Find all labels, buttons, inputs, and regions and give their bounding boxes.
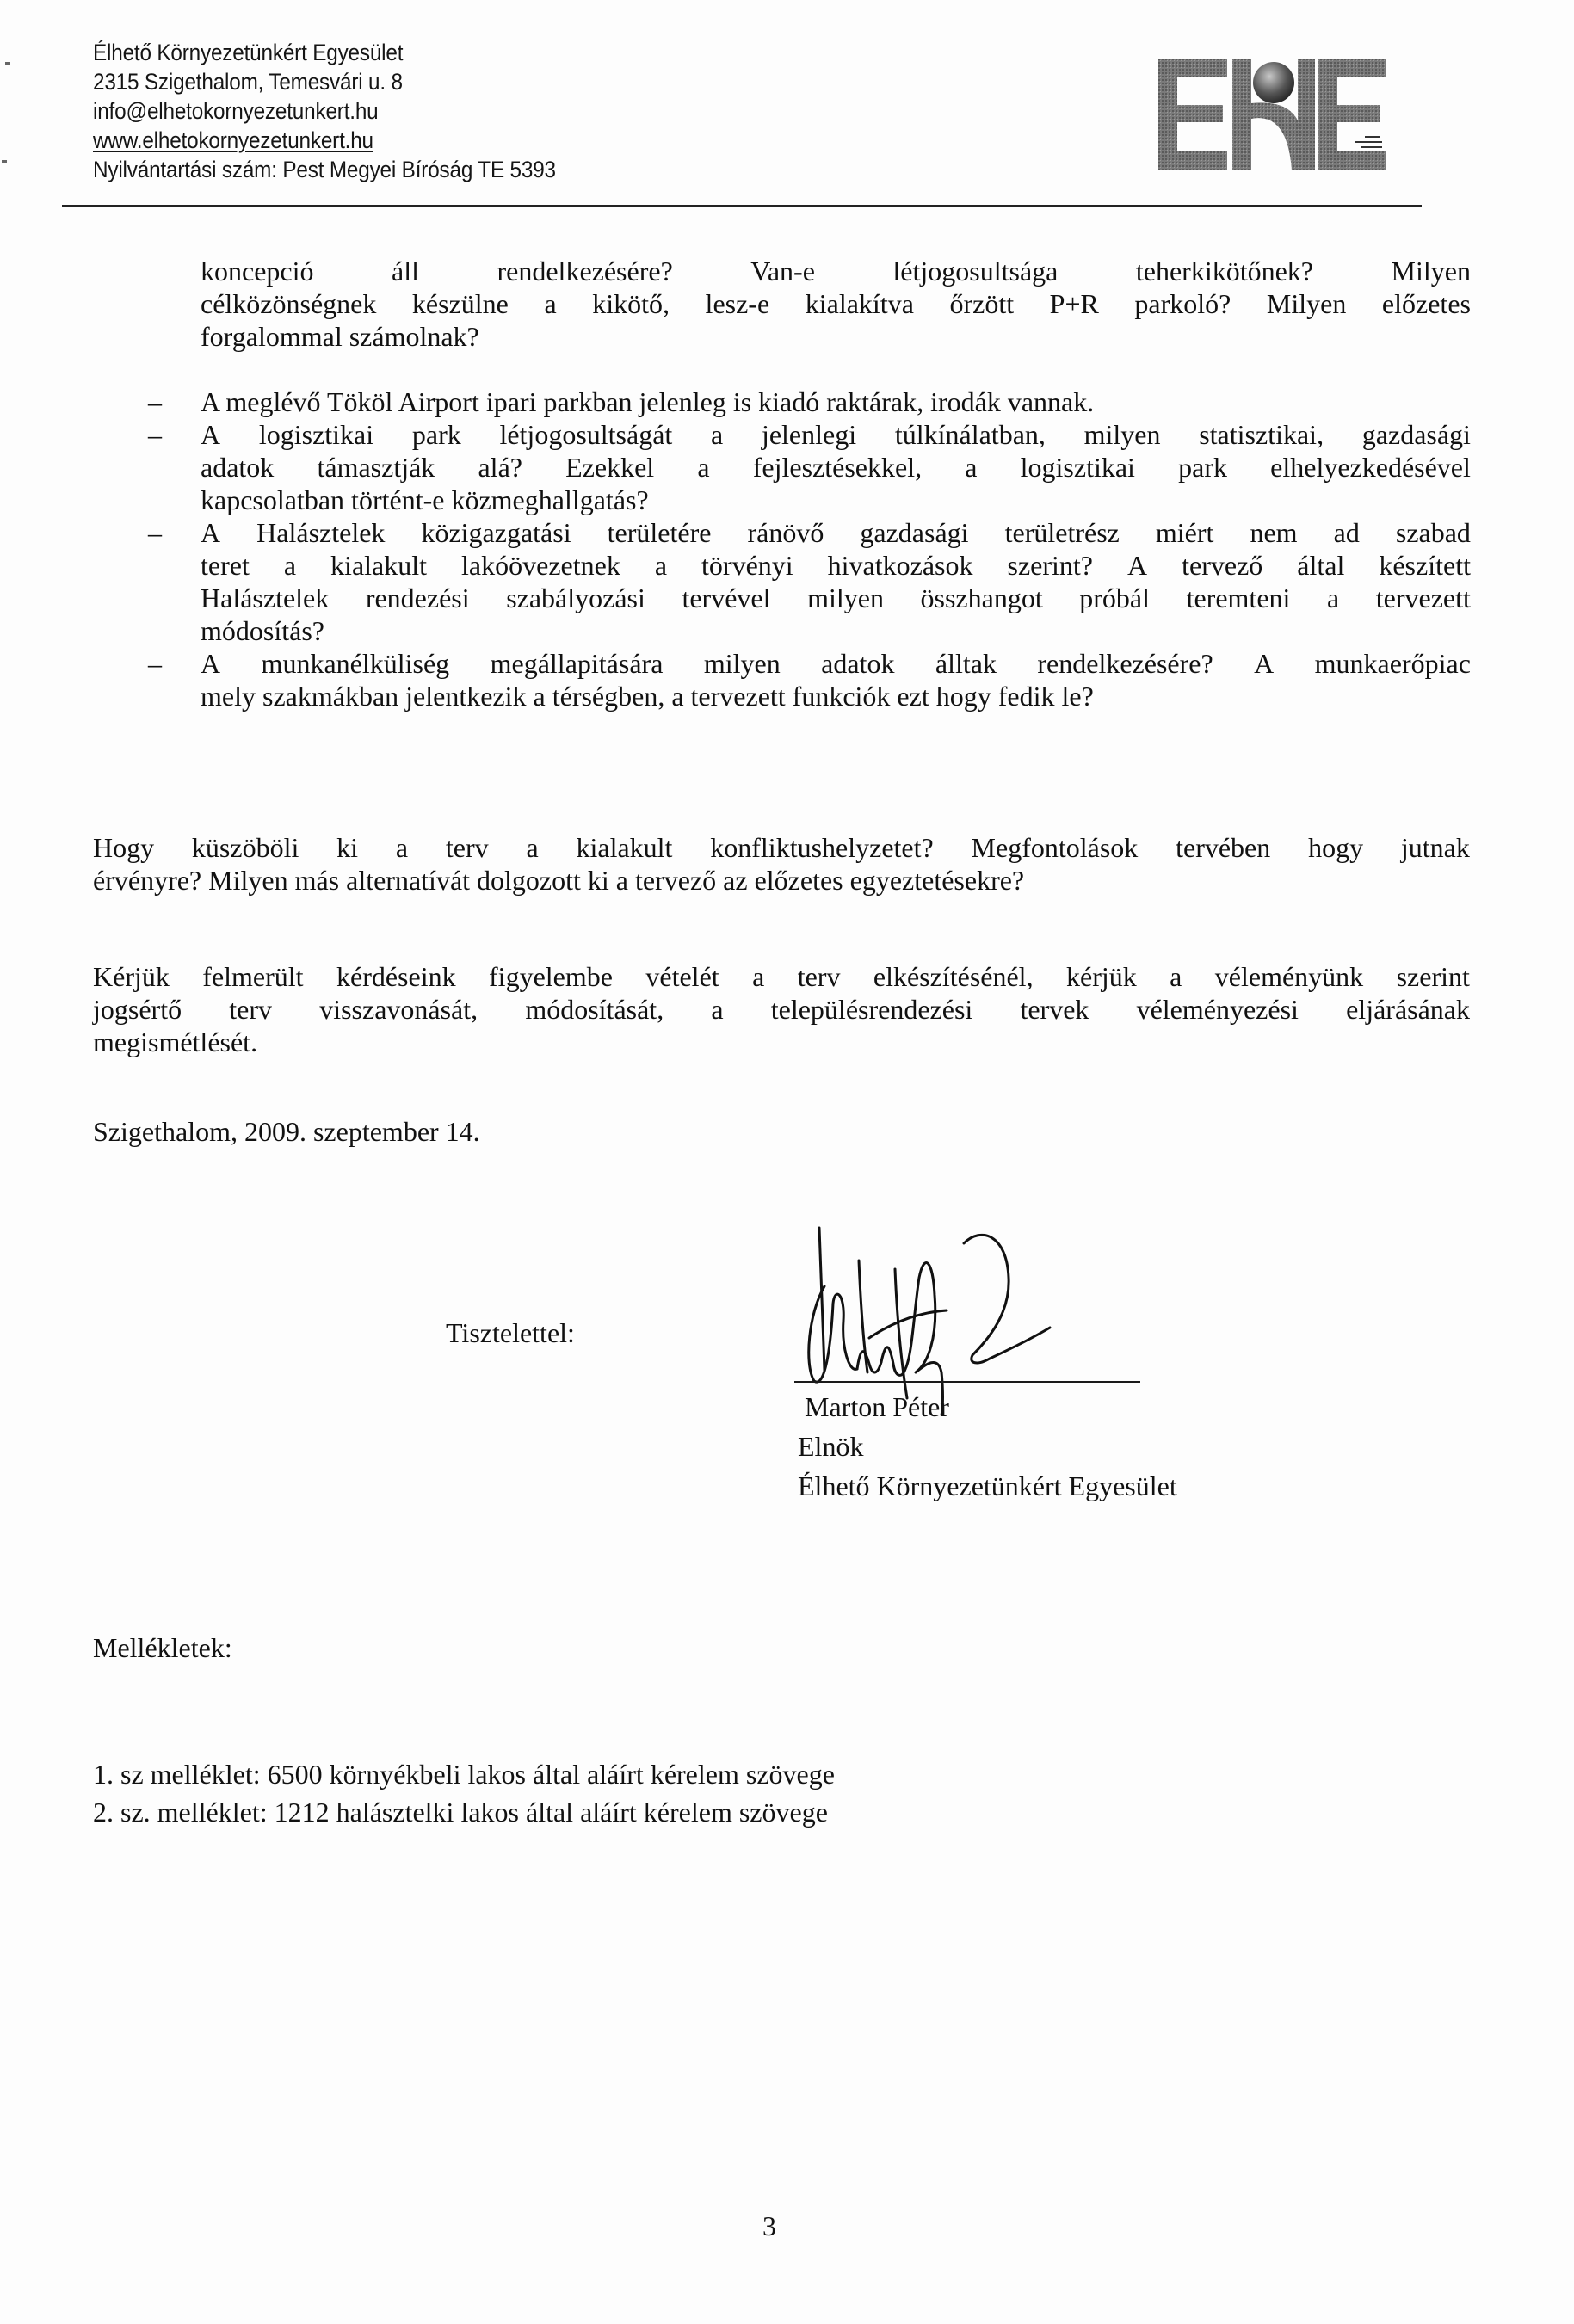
signature-line bbox=[794, 1381, 1140, 1383]
org-name: Élhető Környezetünkért Egyesület bbox=[93, 38, 556, 67]
text-line: megismétlését. bbox=[93, 1026, 1470, 1058]
list-item: –Alogisztikaiparklétjogosultságátajelenl… bbox=[201, 418, 1471, 516]
salutation: Tisztelettel: bbox=[446, 1316, 575, 1349]
signer-title: Elnök bbox=[798, 1427, 1177, 1466]
question-list: –A meglévő Tököl Airport ipari parkban j… bbox=[201, 385, 1471, 712]
dash-bullet-icon: – bbox=[148, 647, 162, 680]
text-line: Alogisztikaiparklétjogosultságátajelenle… bbox=[201, 418, 1471, 451]
text-line: módosítás? bbox=[201, 614, 1471, 647]
text-line: célközönségnekkészülneakikötő,lesz-ekial… bbox=[201, 287, 1471, 320]
letterhead: Élhető Környezetünkért Egyesület 2315 Sz… bbox=[93, 38, 556, 184]
text-line: Amunkanélküliségmegállapitásáramilyenada… bbox=[201, 647, 1471, 680]
text-line: teretakialakultlakóövezetnekatörvényihiv… bbox=[201, 549, 1471, 582]
continuation-paragraph: koncepcióállrendelkezésére?Van-elétjogos… bbox=[201, 255, 1471, 353]
scan-speck bbox=[5, 62, 10, 65]
org-email[interactable]: info@elhetokornyezetunkert.hu bbox=[93, 96, 556, 126]
date-line: Szigethalom, 2009. szeptember 14. bbox=[93, 1115, 480, 1148]
attachment-item: 2. sz. melléklet: 1212 halásztelki lakos… bbox=[93, 1793, 835, 1831]
letterhead-divider bbox=[62, 205, 1422, 207]
attachment-item: 1. sz melléklet: 6500 környékbeli lakos … bbox=[93, 1755, 835, 1793]
list-item: –AHalásztelekközigazgatásiterületéreránö… bbox=[201, 516, 1471, 647]
dash-bullet-icon: – bbox=[148, 418, 162, 451]
text-line: Hogyküszöbölikiatervakialakultkonfliktus… bbox=[93, 831, 1470, 864]
org-logo bbox=[1158, 52, 1399, 174]
paragraph-conflict: Hogyküszöbölikiatervakialakultkonfliktus… bbox=[93, 831, 1470, 897]
text-line: adatoktámasztjákalá?Ezekkelafejlesztések… bbox=[201, 451, 1471, 484]
globe-icon bbox=[1253, 62, 1294, 103]
signer-name: Marton Péter bbox=[805, 1387, 1177, 1427]
document-page: Élhető Környezetünkért Egyesület 2315 Sz… bbox=[0, 0, 1574, 2324]
paragraph-request: Kérjükfelmerültkérdéseinkfigyelembevétel… bbox=[93, 960, 1470, 1058]
text-line: A meglévő Tököl Airport ipari parkban je… bbox=[201, 385, 1471, 418]
list-item: –Amunkanélküliségmegállapitásáramilyenad… bbox=[201, 647, 1471, 712]
text-line: Halásztelekrendezésiszabályozásitervével… bbox=[201, 582, 1471, 614]
signer-org: Élhető Környezetünkért Egyesület bbox=[798, 1466, 1177, 1506]
list-item: –A meglévő Tököl Airport ipari parkban j… bbox=[201, 385, 1471, 418]
attachments-title: Mellékletek: bbox=[93, 1631, 232, 1664]
org-registration: Nyilvántartási szám: Pest Megyei Bíróság… bbox=[93, 155, 556, 184]
text-line: jogsértőtervvisszavonását,módosítását,at… bbox=[93, 993, 1470, 1026]
org-website-link[interactable]: www.elhetokornyezetunkert.hu bbox=[93, 126, 556, 155]
dash-bullet-icon: – bbox=[148, 516, 162, 549]
text-line: érvényre? Milyen más alternatívát dolgoz… bbox=[93, 864, 1470, 897]
handwritten-signature-icon bbox=[775, 1217, 1170, 1415]
dash-bullet-icon: – bbox=[148, 385, 162, 418]
org-address: 2315 Szigethalom, Temesvári u. 8 bbox=[93, 67, 556, 96]
text-line: forgalommal számolnak? bbox=[201, 320, 1471, 353]
scan-speck bbox=[2, 160, 7, 163]
text-line: mely szakmákban jelentkezik a térségben,… bbox=[201, 680, 1471, 712]
text-line: kapcsolatban történt-e közmeghallgatás? bbox=[201, 484, 1471, 516]
text-line: koncepcióállrendelkezésére?Van-elétjogos… bbox=[201, 255, 1471, 287]
text-line: Kérjükfelmerültkérdéseinkfigyelembevétel… bbox=[93, 960, 1470, 993]
signer-block: Marton Péter Elnök Élhető Környezetünkér… bbox=[803, 1387, 1177, 1506]
page-number: 3 bbox=[762, 2210, 776, 2242]
attachments-list: 1. sz melléklet: 6500 környékbeli lakos … bbox=[93, 1755, 835, 1831]
text-line: AHalásztelekközigazgatásiterületéreránöv… bbox=[201, 516, 1471, 549]
